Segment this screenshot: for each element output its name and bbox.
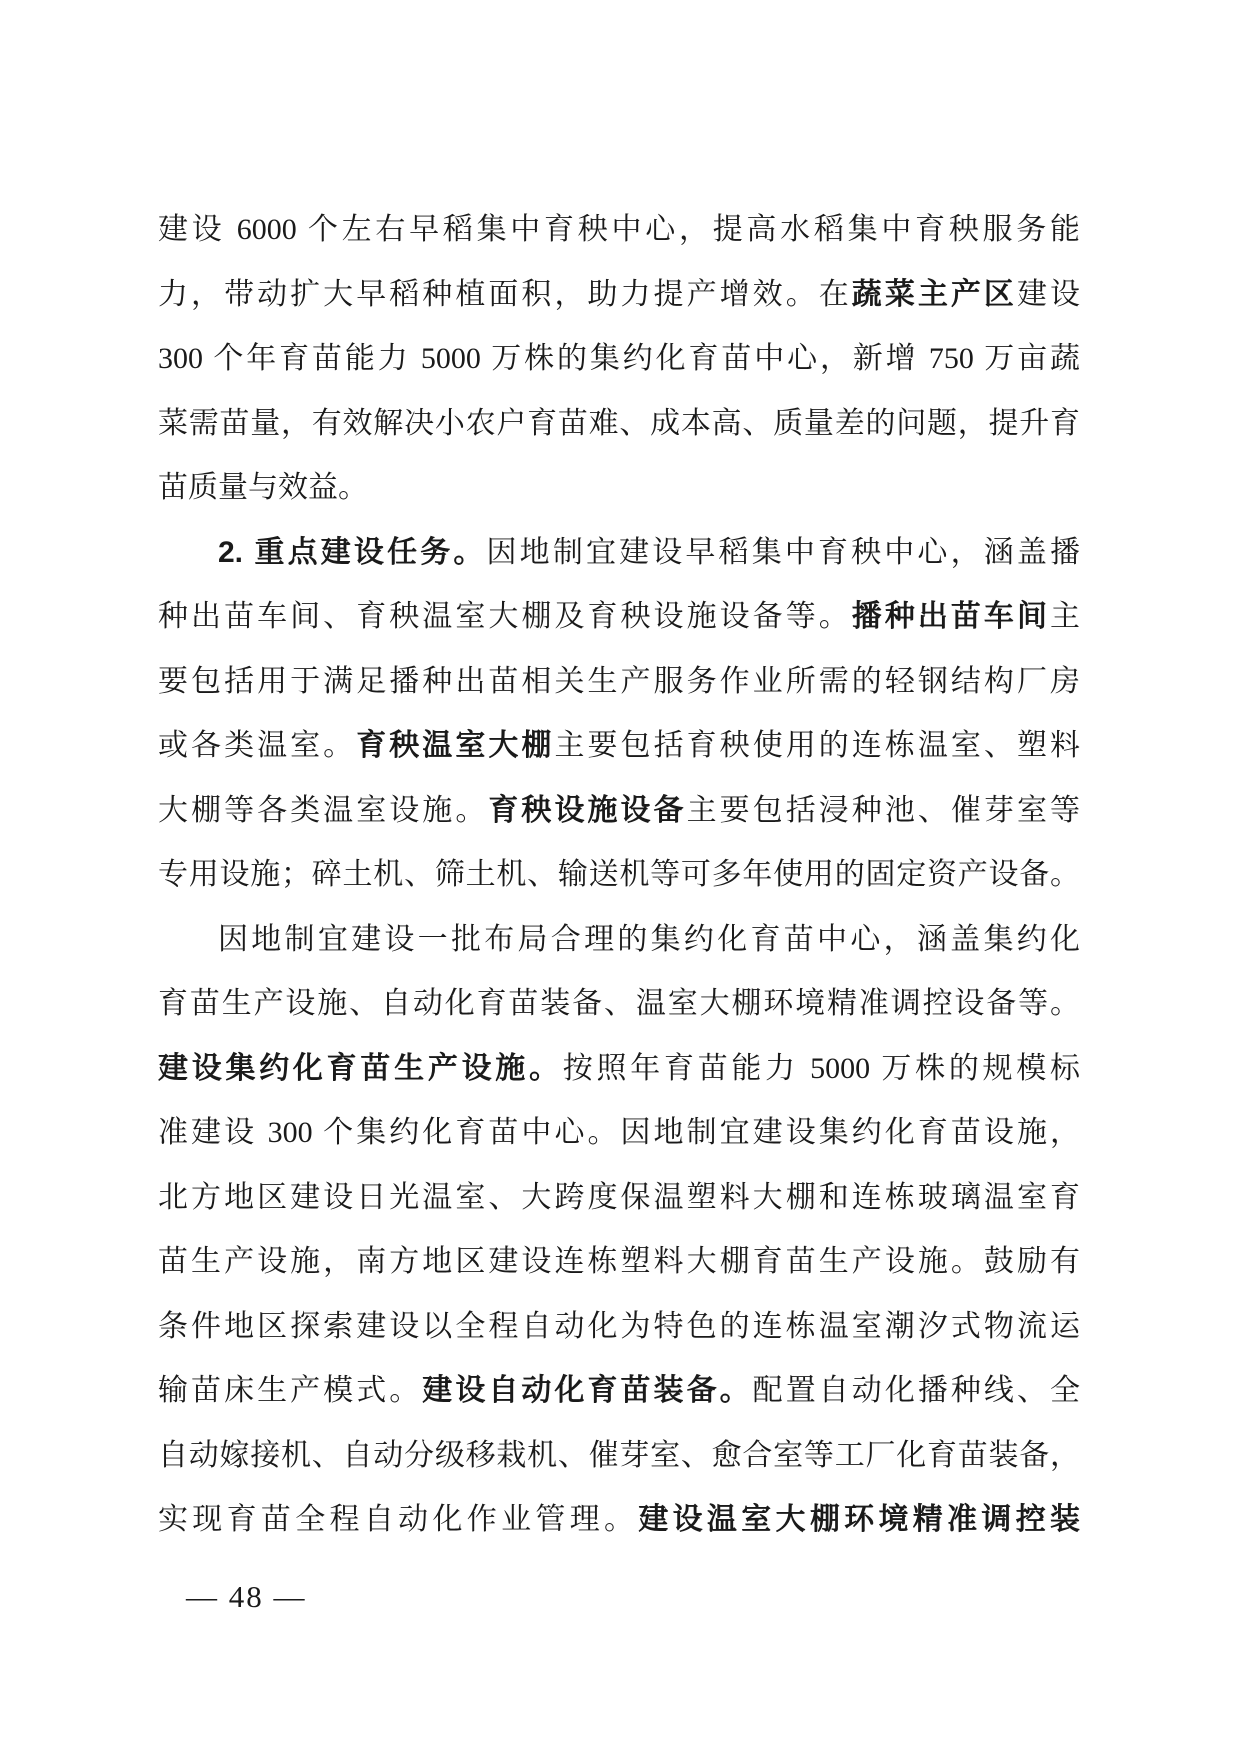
page-footer: — 48 — xyxy=(186,1576,307,1618)
bold-text-run: 蔬菜主产区 xyxy=(852,278,1017,311)
text-line: 苗生产设施，南方地区建设连栋塑料大棚育苗生产设施。鼓励有 xyxy=(158,1230,1080,1295)
text-line: 自动嫁接机、自动分级移栽机、催芽室、愈合室等工厂化育苗装备， xyxy=(158,1424,1080,1489)
text-run: 种出苗车间、育秧温室大棚及育秧设施设备等。 xyxy=(158,600,852,633)
text-line: 2. 重点建设任务。因地制宜建设早稻集中育秧中心，涵盖播 xyxy=(158,521,1080,586)
text-line: 实现育苗全程自动化作业管理。建设温室大棚环境精准调控装 xyxy=(158,1488,1080,1553)
text-line: 输苗床生产模式。建设自动化育苗装备。配置自动化播种线、全 xyxy=(158,1359,1080,1424)
text-line: 建设集约化育苗生产设施。按照年育苗能力 5000 万株的规模标 xyxy=(158,1037,1080,1102)
bold-text-run: 育秧温室大棚 xyxy=(356,729,554,762)
text-run: 按照年育苗能力 5000 万株的规模标 xyxy=(563,1052,1080,1085)
text-run: 输苗床生产模式。 xyxy=(158,1374,422,1407)
text-run: 主要包括育秧使用的连栋温室、塑料 xyxy=(554,729,1080,762)
bold-text-run: 建设集约化育苗生产设施。 xyxy=(158,1052,563,1085)
text-line: 或各类温室。育秧温室大棚主要包括育秧使用的连栋温室、塑料 xyxy=(158,714,1080,779)
text-run: 育苗生产设施、自动化育苗装备、温室大棚环境精准调控设备等。 xyxy=(158,987,1080,1020)
text-run: 或各类温室。 xyxy=(158,729,356,762)
bold-text-run: 播种出苗车间 xyxy=(852,600,1050,633)
text-run: 因地制宜建设一批布局合理的集约化育苗中心，涵盖集约化 xyxy=(218,923,1080,956)
text-run: 主要包括浸种池、催芽室等 xyxy=(687,794,1080,827)
document-page: 建设 6000 个左右早稻集中育秧中心，提高水稻集中育秧服务能力，带动扩大早稻种… xyxy=(0,0,1240,1754)
text-line: 专用设施；碎土机、筛土机、输送机等可多年使用的固定资产设备。 xyxy=(158,843,1080,908)
text-run: 自动嫁接机、自动分级移栽机、催芽室、愈合室等工厂化育苗装备， xyxy=(158,1439,1080,1472)
text-block: 建设 6000 个左右早稻集中育秧中心，提高水稻集中育秧服务能力，带动扩大早稻种… xyxy=(158,198,1080,1553)
text-run: 要包括用于满足播种出苗相关生产服务作业所需的轻钢结构厂房 xyxy=(158,665,1080,698)
text-run: 苗质量与效益。 xyxy=(158,471,368,504)
text-run: 苗生产设施，南方地区建设连栋塑料大棚育苗生产设施。鼓励有 xyxy=(158,1245,1080,1278)
text-line: 条件地区探索建设以全程自动化为特色的连栋温室潮汐式物流运 xyxy=(158,1295,1080,1360)
text-run: 菜需苗量，有效解决小农户育苗难、成本高、质量差的问题，提升育 xyxy=(158,407,1080,440)
text-line: 苗质量与效益。 xyxy=(158,456,1080,521)
text-line: 育苗生产设施、自动化育苗装备、温室大棚环境精准调控设备等。 xyxy=(158,972,1080,1037)
text-line: 菜需苗量，有效解决小农户育苗难、成本高、质量差的问题，提升育 xyxy=(158,392,1080,457)
text-run: 条件地区探索建设以全程自动化为特色的连栋温室潮汐式物流运 xyxy=(158,1310,1080,1343)
text-run: 300 个年育苗能力 5000 万株的集约化育苗中心，新增 750 万亩蔬 xyxy=(158,342,1080,375)
text-run: 因地制宜建设早稻集中育秧中心，涵盖播 xyxy=(487,536,1080,569)
text-line: 因地制宜建设一批布局合理的集约化育苗中心，涵盖集约化 xyxy=(158,908,1080,973)
text-line: 种出苗车间、育秧温室大棚及育秧设施设备等。播种出苗车间主 xyxy=(158,585,1080,650)
text-run: 建设 xyxy=(1017,278,1080,311)
text-line: 准建设 300 个集约化育苗中心。因地制宜建设集约化育苗设施， xyxy=(158,1101,1080,1166)
text-run: 北方地区建设日光温室、大跨度保温塑料大棚和连栋玻璃温室育 xyxy=(158,1181,1080,1214)
text-run: 实现育苗全程自动化作业管理。 xyxy=(158,1503,638,1536)
text-run: 主 xyxy=(1050,600,1080,633)
text-line: 300 个年育苗能力 5000 万株的集约化育苗中心，新增 750 万亩蔬 xyxy=(158,327,1080,392)
text-line: 要包括用于满足播种出苗相关生产服务作业所需的轻钢结构厂房 xyxy=(158,650,1080,715)
text-run: 力，带动扩大早稻种植面积，助力提产增效。在 xyxy=(158,278,852,311)
page-number: — 48 — xyxy=(186,1579,307,1614)
text-run: 准建设 300 个集约化育苗中心。因地制宜建设集约化育苗设施， xyxy=(158,1116,1080,1149)
bold-text-run: 建设自动化育苗装备。 xyxy=(422,1374,752,1407)
bold-text-run: 育秧设施设备 xyxy=(488,794,686,827)
text-run: 配置自动化播种线、全 xyxy=(753,1374,1080,1407)
bold-text-run: 2. 重点建设任务。 xyxy=(218,536,487,569)
text-line: 北方地区建设日光温室、大跨度保温塑料大棚和连栋玻璃温室育 xyxy=(158,1166,1080,1231)
text-run: 专用设施；碎土机、筛土机、输送机等可多年使用的固定资产设备。 xyxy=(158,858,1080,891)
text-line: 力，带动扩大早稻种植面积，助力提产增效。在蔬菜主产区建设 xyxy=(158,263,1080,328)
text-run: 大棚等各类温室设施。 xyxy=(158,794,488,827)
text-line: 大棚等各类温室设施。育秧设施设备主要包括浸种池、催芽室等 xyxy=(158,779,1080,844)
text-line: 建设 6000 个左右早稻集中育秧中心，提高水稻集中育秧服务能 xyxy=(158,198,1080,263)
text-run: 建设 6000 个左右早稻集中育秧中心，提高水稻集中育秧服务能 xyxy=(158,213,1080,246)
bold-text-run: 建设温室大棚环境精准调控装 xyxy=(638,1503,1080,1536)
